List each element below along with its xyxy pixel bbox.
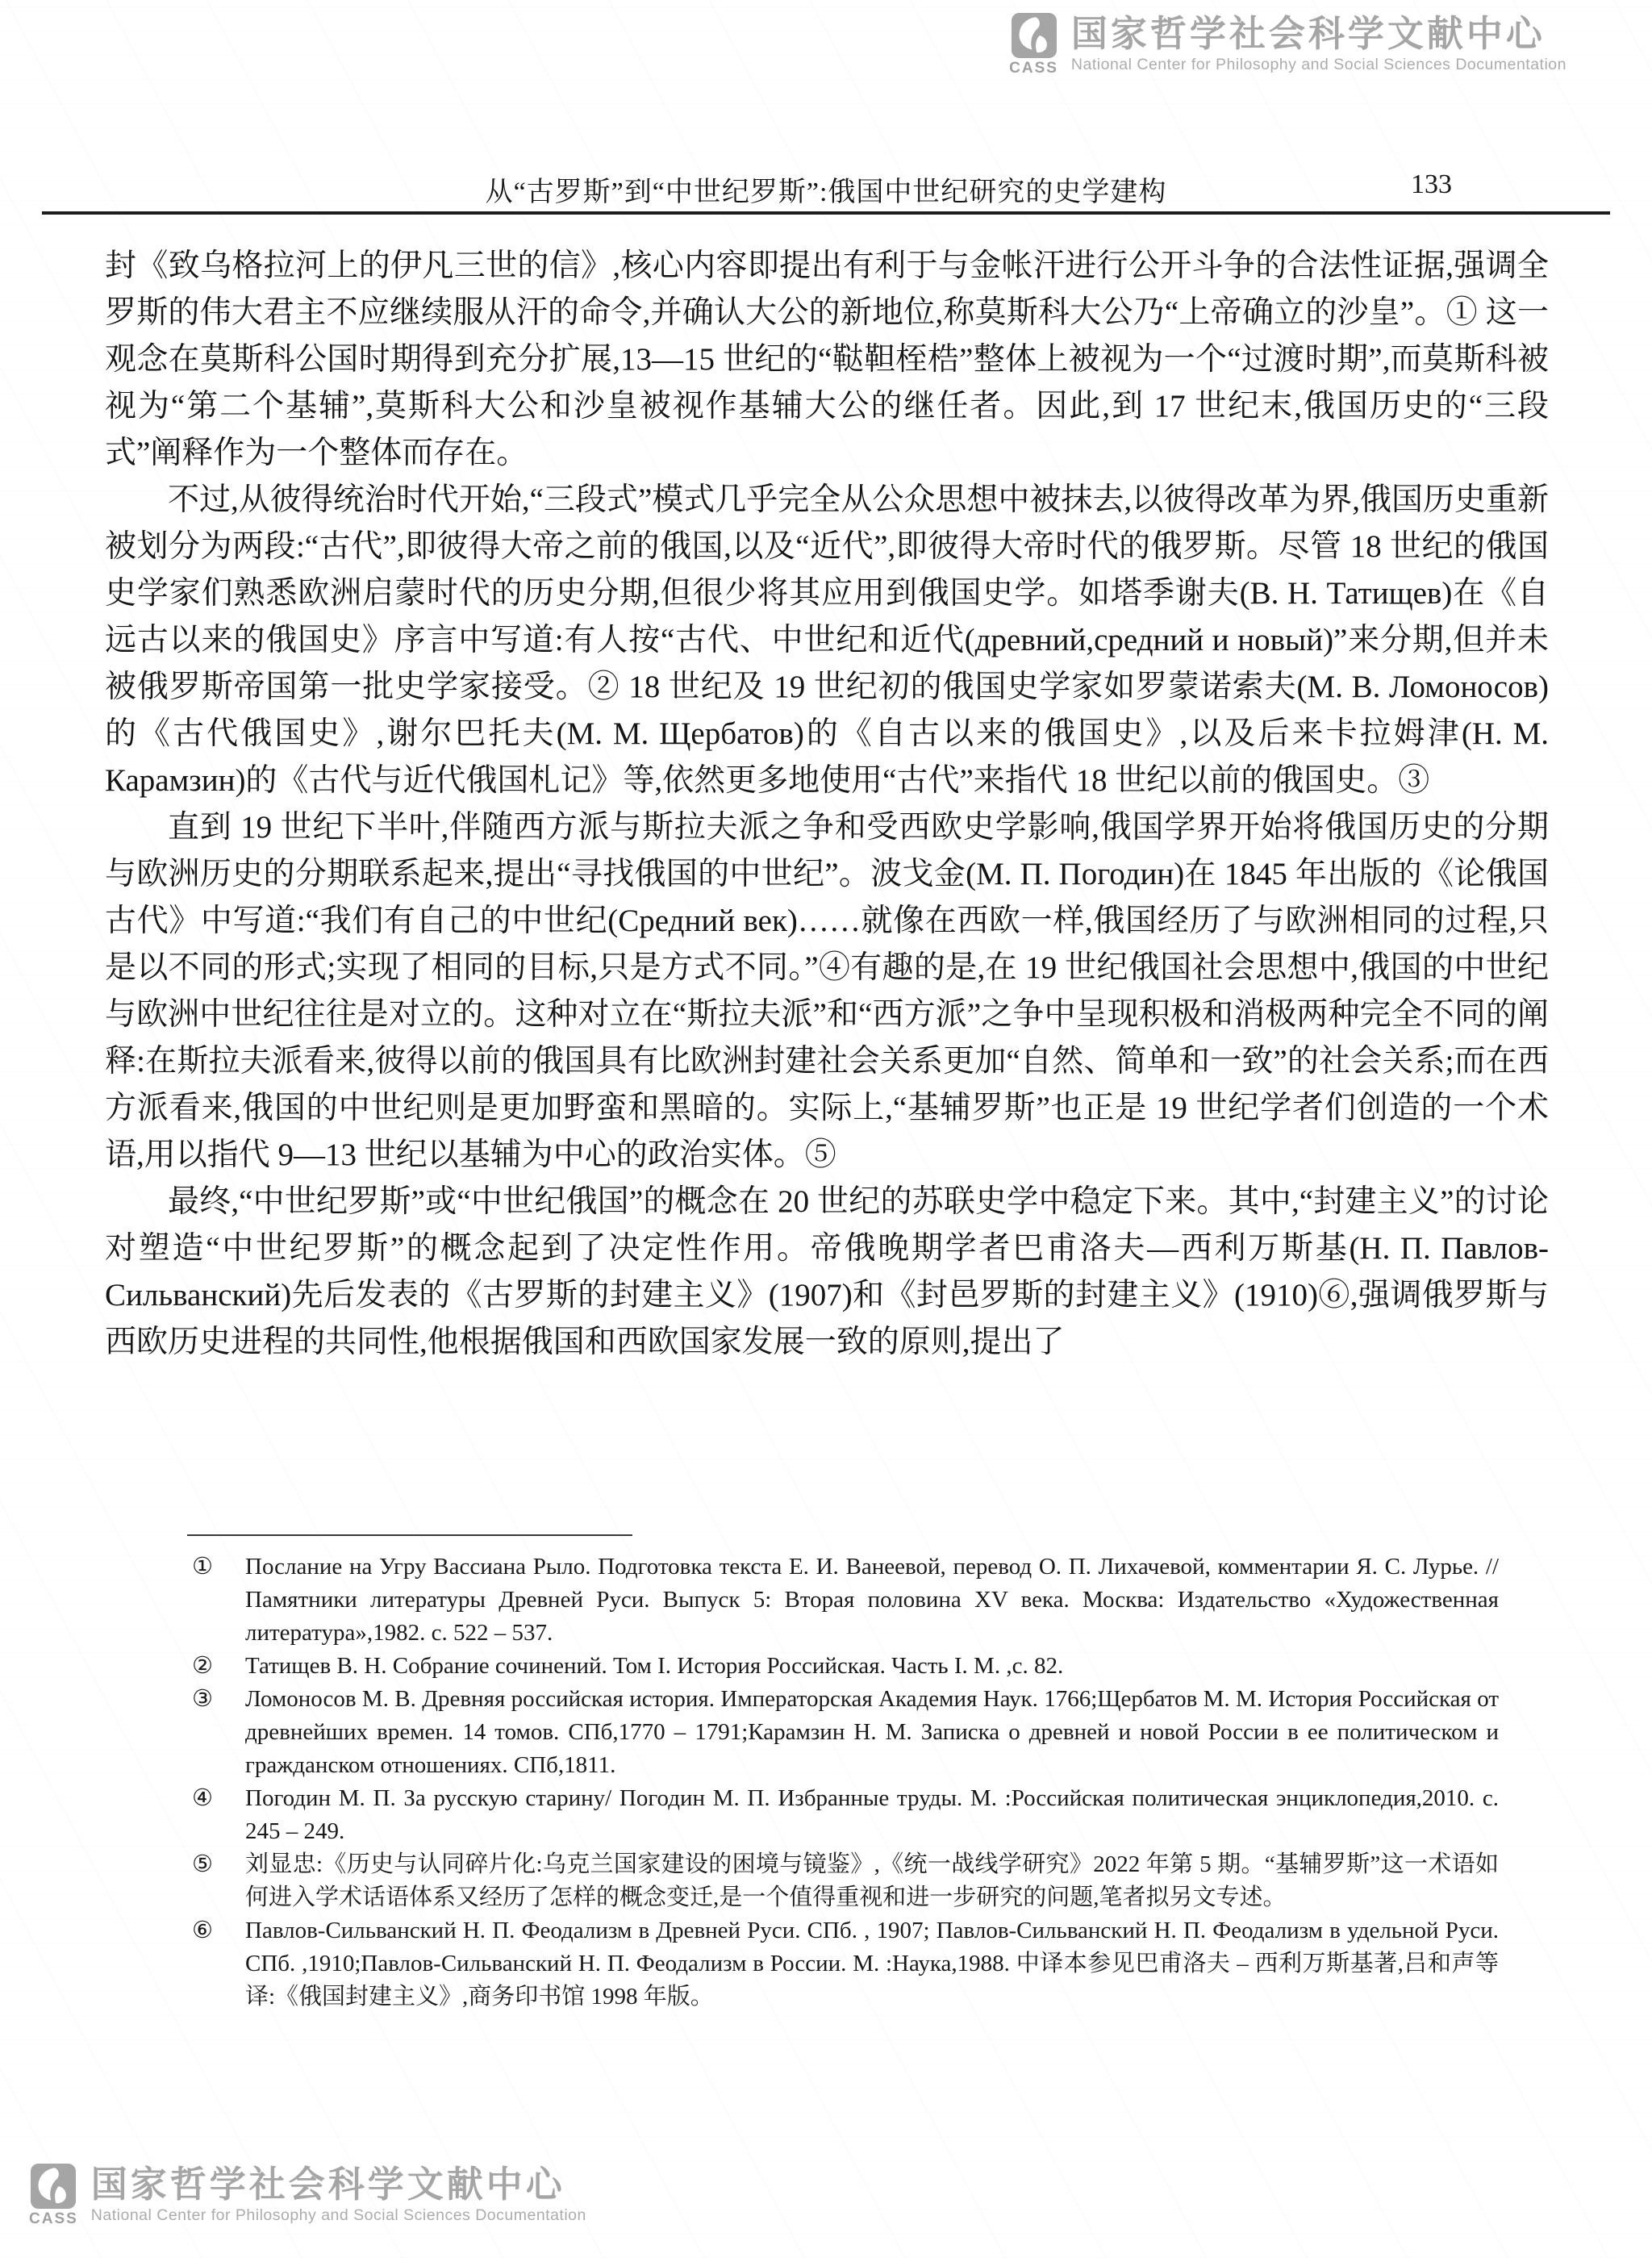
page-number: 133 (1411, 169, 1452, 200)
body-paragraph: 封《致乌格拉河上的伊凡三世的信》,核心内容即提出有利于与金帐汗进行公开斗争的合法… (105, 243, 1549, 477)
header-rule (42, 211, 1610, 215)
running-title: 从“古罗斯”到“中世纪罗斯”:俄国中世纪研究的史学建构 (105, 169, 1547, 209)
cass-brand-top: CASS 国家哲学社会科学文献中心 National Center for Ph… (1009, 13, 1566, 77)
article-body: 封《致乌格拉河上的伊凡三世的信》,核心内容即提出有利于与金帐汗进行公开斗争的合法… (105, 243, 1549, 1366)
journal-page: CASS 国家哲学社会科学文献中心 National Center for Ph… (0, 0, 1652, 2258)
footnote-text: Ломоносов М. В. Древняя российская истор… (245, 1686, 1499, 1778)
footnote-marker: ⑤ (192, 1848, 213, 1881)
brand-name-zh: 国家哲学社会科学文献中心 (1071, 13, 1566, 55)
cass-logo-icon (31, 2164, 76, 2209)
brand-name-zh: 国家哲学社会科学文献中心 (91, 2164, 586, 2206)
brand-name-en: National Center for Philosophy and Socia… (1071, 56, 1566, 74)
footnote-item: ① Послание на Угру Вассиана Рыло. Подгот… (192, 1551, 1499, 1650)
footnote-marker: ⑥ (192, 1914, 213, 1947)
footnote-text: Погодин М. П. За русскую старину/ Погоди… (245, 1785, 1499, 1844)
footnote-item: ② Татищев В. Н. Собрание сочинений. Том … (192, 1650, 1499, 1683)
body-paragraph: 最终,“中世纪罗斯”或“中世纪俄国”的概念在 20 世纪的苏联史学中稳定下来。其… (105, 1179, 1549, 1366)
footnote-text: 刘显忠:《历史与认同碎片化:乌克兰国家建设的困境与镜鉴》,《统一战线学研究》20… (245, 1851, 1499, 1910)
body-paragraph: 不过,从彼得统治时代开始,“三段式”模式几乎完全从公众思想中被抹去,以彼得改革为… (105, 477, 1549, 804)
body-paragraph: 直到 19 世纪下半叶,伴随西方派与斯拉夫派之争和受西欧史学影响,俄国学界开始将… (105, 804, 1549, 1179)
cass-logo-icon (1012, 13, 1057, 58)
cass-wordmark: CASS (29, 2210, 78, 2228)
footnote-text: Послание на Угру Вассиана Рыло. Подготов… (245, 1554, 1499, 1646)
cass-brand-text: 国家哲学社会科学文献中心 National Center for Philoso… (91, 2164, 586, 2225)
footnote-item: ③ Ломоносов М. В. Древняя российская ист… (192, 1683, 1499, 1782)
footnotes: ① Послание на Угру Вассиана Рыло. Подгот… (192, 1551, 1499, 2014)
footnote-item: ⑤ 刘显忠:《历史与认同碎片化:乌克兰国家建设的困境与镜鉴》,《统一战线学研究》… (192, 1848, 1499, 1914)
cass-brand-icon-column: CASS (1009, 13, 1058, 77)
footnote-separator (187, 1534, 632, 1536)
cass-brand-text: 国家哲学社会科学文献中心 National Center for Philoso… (1071, 13, 1566, 74)
cass-wordmark: CASS (1009, 60, 1058, 77)
cass-brand-bottom: CASS 国家哲学社会科学文献中心 National Center for Ph… (29, 2164, 586, 2228)
footnote-text: Павлов-Сильванский Н. П. Феодализм в Дре… (245, 1918, 1499, 2010)
footnote-marker: ② (192, 1650, 213, 1683)
cass-brand-icon-column: CASS (29, 2164, 78, 2228)
footnote-marker: ① (192, 1551, 213, 1584)
footnote-marker: ③ (192, 1683, 213, 1716)
footnote-item: ⑥ Павлов-Сильванский Н. П. Феодализм в Д… (192, 1914, 1499, 2014)
footnote-marker: ④ (192, 1782, 213, 1815)
brand-name-en: National Center for Philosophy and Socia… (91, 2206, 586, 2225)
running-head: 从“古罗斯”到“中世纪罗斯”:俄国中世纪研究的史学建构 133 (105, 169, 1547, 207)
footnote-text: Татищев В. Н. Собрание сочинений. Том I.… (245, 1653, 1063, 1679)
footnote-item: ④ Погодин М. П. За русскую старину/ Пого… (192, 1782, 1499, 1848)
